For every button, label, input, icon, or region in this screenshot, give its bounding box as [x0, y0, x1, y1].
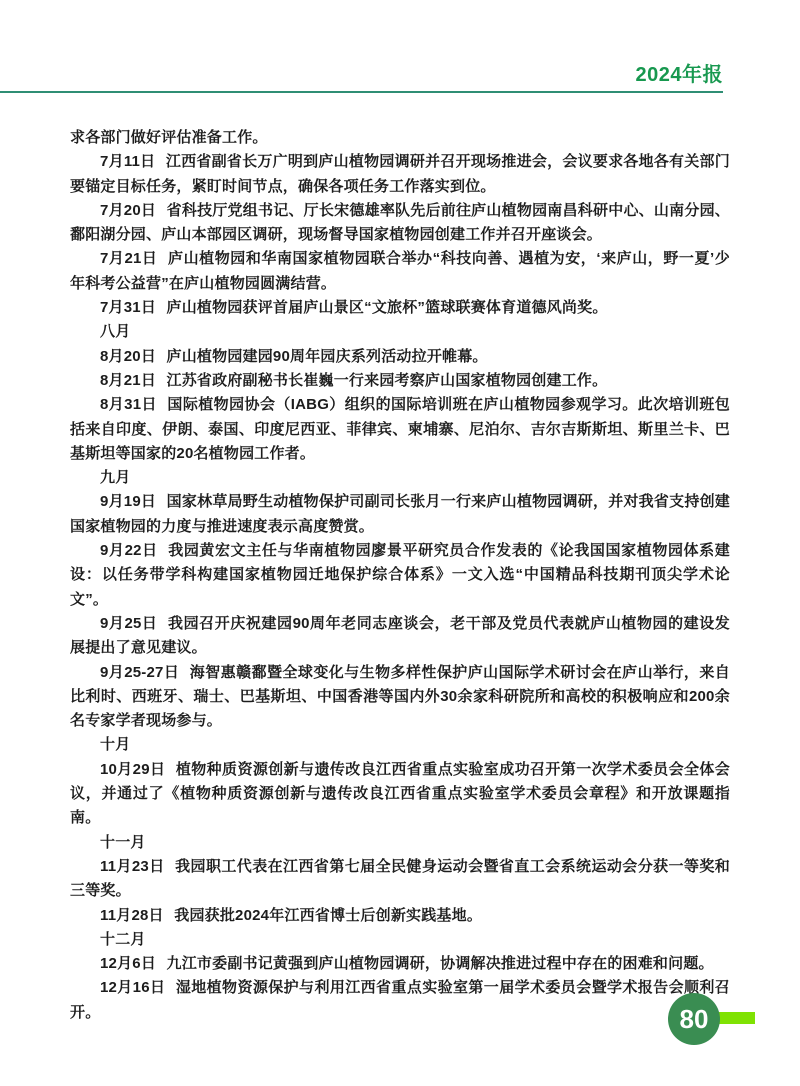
chronicle-body: 求各部门做好评估准备工作。7月11日江西省副省长万广明到庐山植物园调研并召开现场…	[70, 126, 730, 1025]
chronicle-paragraph: 8月20日庐山植物园建园90周年园庆系列活动拉开帷幕。	[70, 345, 730, 369]
entry-text: 江苏省政府副秘书长崔巍一行来园考察庐山国家植物园创建工作。	[167, 372, 608, 389]
entry-text: 国际植物园协会（IABG）组织的国际培训班在庐山植物园参观学习。此次培训班包括来…	[70, 396, 730, 462]
entry-text: 我园召开庆祝建园90周年老同志座谈会，老干部及党员代表就庐山植物园的建设发展提出…	[70, 615, 730, 656]
entry-date: 7月11日	[100, 153, 155, 170]
chronicle-paragraph: 11月28日我园获批2024年江西省博士后创新实践基地。	[70, 904, 730, 928]
month-label: 八月	[100, 323, 130, 340]
month-heading: 八月	[70, 320, 730, 344]
chronicle-paragraph: 8月21日江苏省政府副秘书长崔巍一行来园考察庐山国家植物园创建工作。	[70, 369, 730, 393]
chronicle-paragraph: 9月22日我园黄宏文主任与华南植物园廖景平研究员合作发表的《论我国国家植物园体系…	[70, 539, 730, 612]
entry-text: 九江市委副书记黄强到庐山植物园调研，协调解决推进过程中存在的困难和问题。	[167, 955, 714, 972]
entry-text: 庐山植物园建园90周年园庆系列活动拉开帷幕。	[167, 348, 488, 365]
entry-date: 7月21日	[100, 250, 158, 267]
chronicle-paragraph: 10月29日植物种质资源创新与遗传改良江西省重点实验室成功召开第一次学术委员会全…	[70, 758, 730, 831]
chronicle-paragraph: 7月21日庐山植物园和华南国家植物园联合举办“科技向善、遇植为安，‘来庐山，野一…	[70, 247, 730, 296]
month-heading: 十月	[70, 733, 730, 757]
entry-text: 庐山植物园和华南国家植物园联合举办“科技向善、遇植为安，‘来庐山，野一夏’少年科…	[70, 250, 730, 291]
entry-date: 12月16日	[100, 979, 165, 996]
entry-text: 我园获批2024年江西省博士后创新实践基地。	[174, 907, 482, 924]
entry-date: 9月25日	[100, 615, 158, 632]
chronicle-paragraph: 11月23日我园职工代表在江西省第七届全民健身运动会暨省直工会系统运动会分获一等…	[70, 855, 730, 904]
page-number-badge: 80	[668, 993, 720, 1045]
entry-text: 我园职工代表在江西省第七届全民健身运动会暨省直工会系统运动会分获一等奖和三等奖。	[70, 858, 730, 899]
page-number-bar	[716, 1012, 755, 1024]
entry-date: 12月6日	[100, 955, 156, 972]
entry-date: 8月31日	[100, 396, 157, 413]
entry-date: 11月23日	[100, 858, 165, 875]
entry-date: 7月31日	[100, 299, 156, 316]
entry-date: 9月19日	[100, 493, 156, 510]
entry-date: 9月22日	[100, 542, 158, 559]
entry-date: 9月25-27日	[100, 664, 179, 681]
chronicle-paragraph: 8月31日国际植物园协会（IABG）组织的国际培训班在庐山植物园参观学习。此次培…	[70, 393, 730, 466]
entry-text: 湿地植物资源保护与利用江西省重点实验室第一届学术委员会暨学术报告会顺利召开。	[70, 979, 730, 1020]
chronicle-paragraph: 7月31日庐山植物园获评首届庐山景区“文旅杯”篮球联赛体育道德风尚奖。	[70, 296, 730, 320]
chronicle-paragraph: 求各部门做好评估准备工作。	[70, 126, 730, 150]
chronicle-paragraph: 9月19日国家林草局野生动植物保护司副司长张月一行来庐山植物园调研，并对我省支持…	[70, 490, 730, 539]
chronicle-paragraph: 12月6日九江市委副书记黄强到庐山植物园调研，协调解决推进过程中存在的困难和问题…	[70, 952, 730, 976]
month-heading: 九月	[70, 466, 730, 490]
chronicle-paragraph: 9月25日我园召开庆祝建园90周年老同志座谈会，老干部及党员代表就庐山植物园的建…	[70, 612, 730, 661]
month-label: 十二月	[100, 931, 146, 948]
page-number: 80	[680, 1004, 709, 1035]
chronicle-paragraph: 7月11日江西省副省长万广明到庐山植物园调研并召开现场推进会，会议要求各地各有关…	[70, 150, 730, 199]
entry-date: 10月29日	[100, 761, 165, 778]
month-label: 十一月	[100, 834, 146, 851]
chronicle-paragraph: 12月16日湿地植物资源保护与利用江西省重点实验室第一届学术委员会暨学术报告会顺…	[70, 976, 730, 1025]
chronicle-paragraph: 7月20日省科技厅党组书记、厅长宋德雄率队先后前往庐山植物园南昌科研中心、山南分…	[70, 199, 730, 248]
month-heading: 十一月	[70, 831, 730, 855]
entry-date: 8月20日	[100, 348, 156, 365]
month-heading: 十二月	[70, 928, 730, 952]
month-label: 九月	[100, 469, 130, 486]
entry-text: 植物种质资源创新与遗传改良江西省重点实验室成功召开第一次学术委员会全体会议，并通…	[70, 761, 730, 827]
entry-text: 求各部门做好评估准备工作。	[70, 129, 268, 146]
entry-text: 庐山植物园获评首届庐山景区“文旅杯”篮球联赛体育道德风尚奖。	[167, 299, 608, 316]
document-page: 2024年报 求各部门做好评估准备工作。7月11日江西省副省长万广明到庐山植物园…	[0, 0, 800, 1086]
entry-text: 我园黄宏文主任与华南植物园廖景平研究员合作发表的《论我国国家植物园体系建设：以任…	[70, 542, 730, 608]
entry-text: 国家林草局野生动植物保护司副司长张月一行来庐山植物园调研，并对我省支持创建国家植…	[70, 493, 730, 534]
chronicle-paragraph: 9月25-27日海智惠赣鄱暨全球变化与生物多样性保护庐山国际学术研讨会在庐山举行…	[70, 661, 730, 734]
month-label: 十月	[100, 736, 130, 753]
page-title: 2024年报	[636, 58, 724, 87]
entry-date: 11月28日	[100, 907, 164, 924]
entry-text: 江西省副省长万广明到庐山植物园调研并召开现场推进会，会议要求各地各有关部门要锚定…	[70, 153, 730, 194]
header-rule	[0, 91, 723, 93]
entry-date: 8月21日	[100, 372, 156, 389]
entry-date: 7月20日	[100, 202, 156, 219]
entry-text: 省科技厅党组书记、厅长宋德雄率队先后前往庐山植物园南昌科研中心、山南分园、鄱阳湖…	[70, 202, 730, 243]
